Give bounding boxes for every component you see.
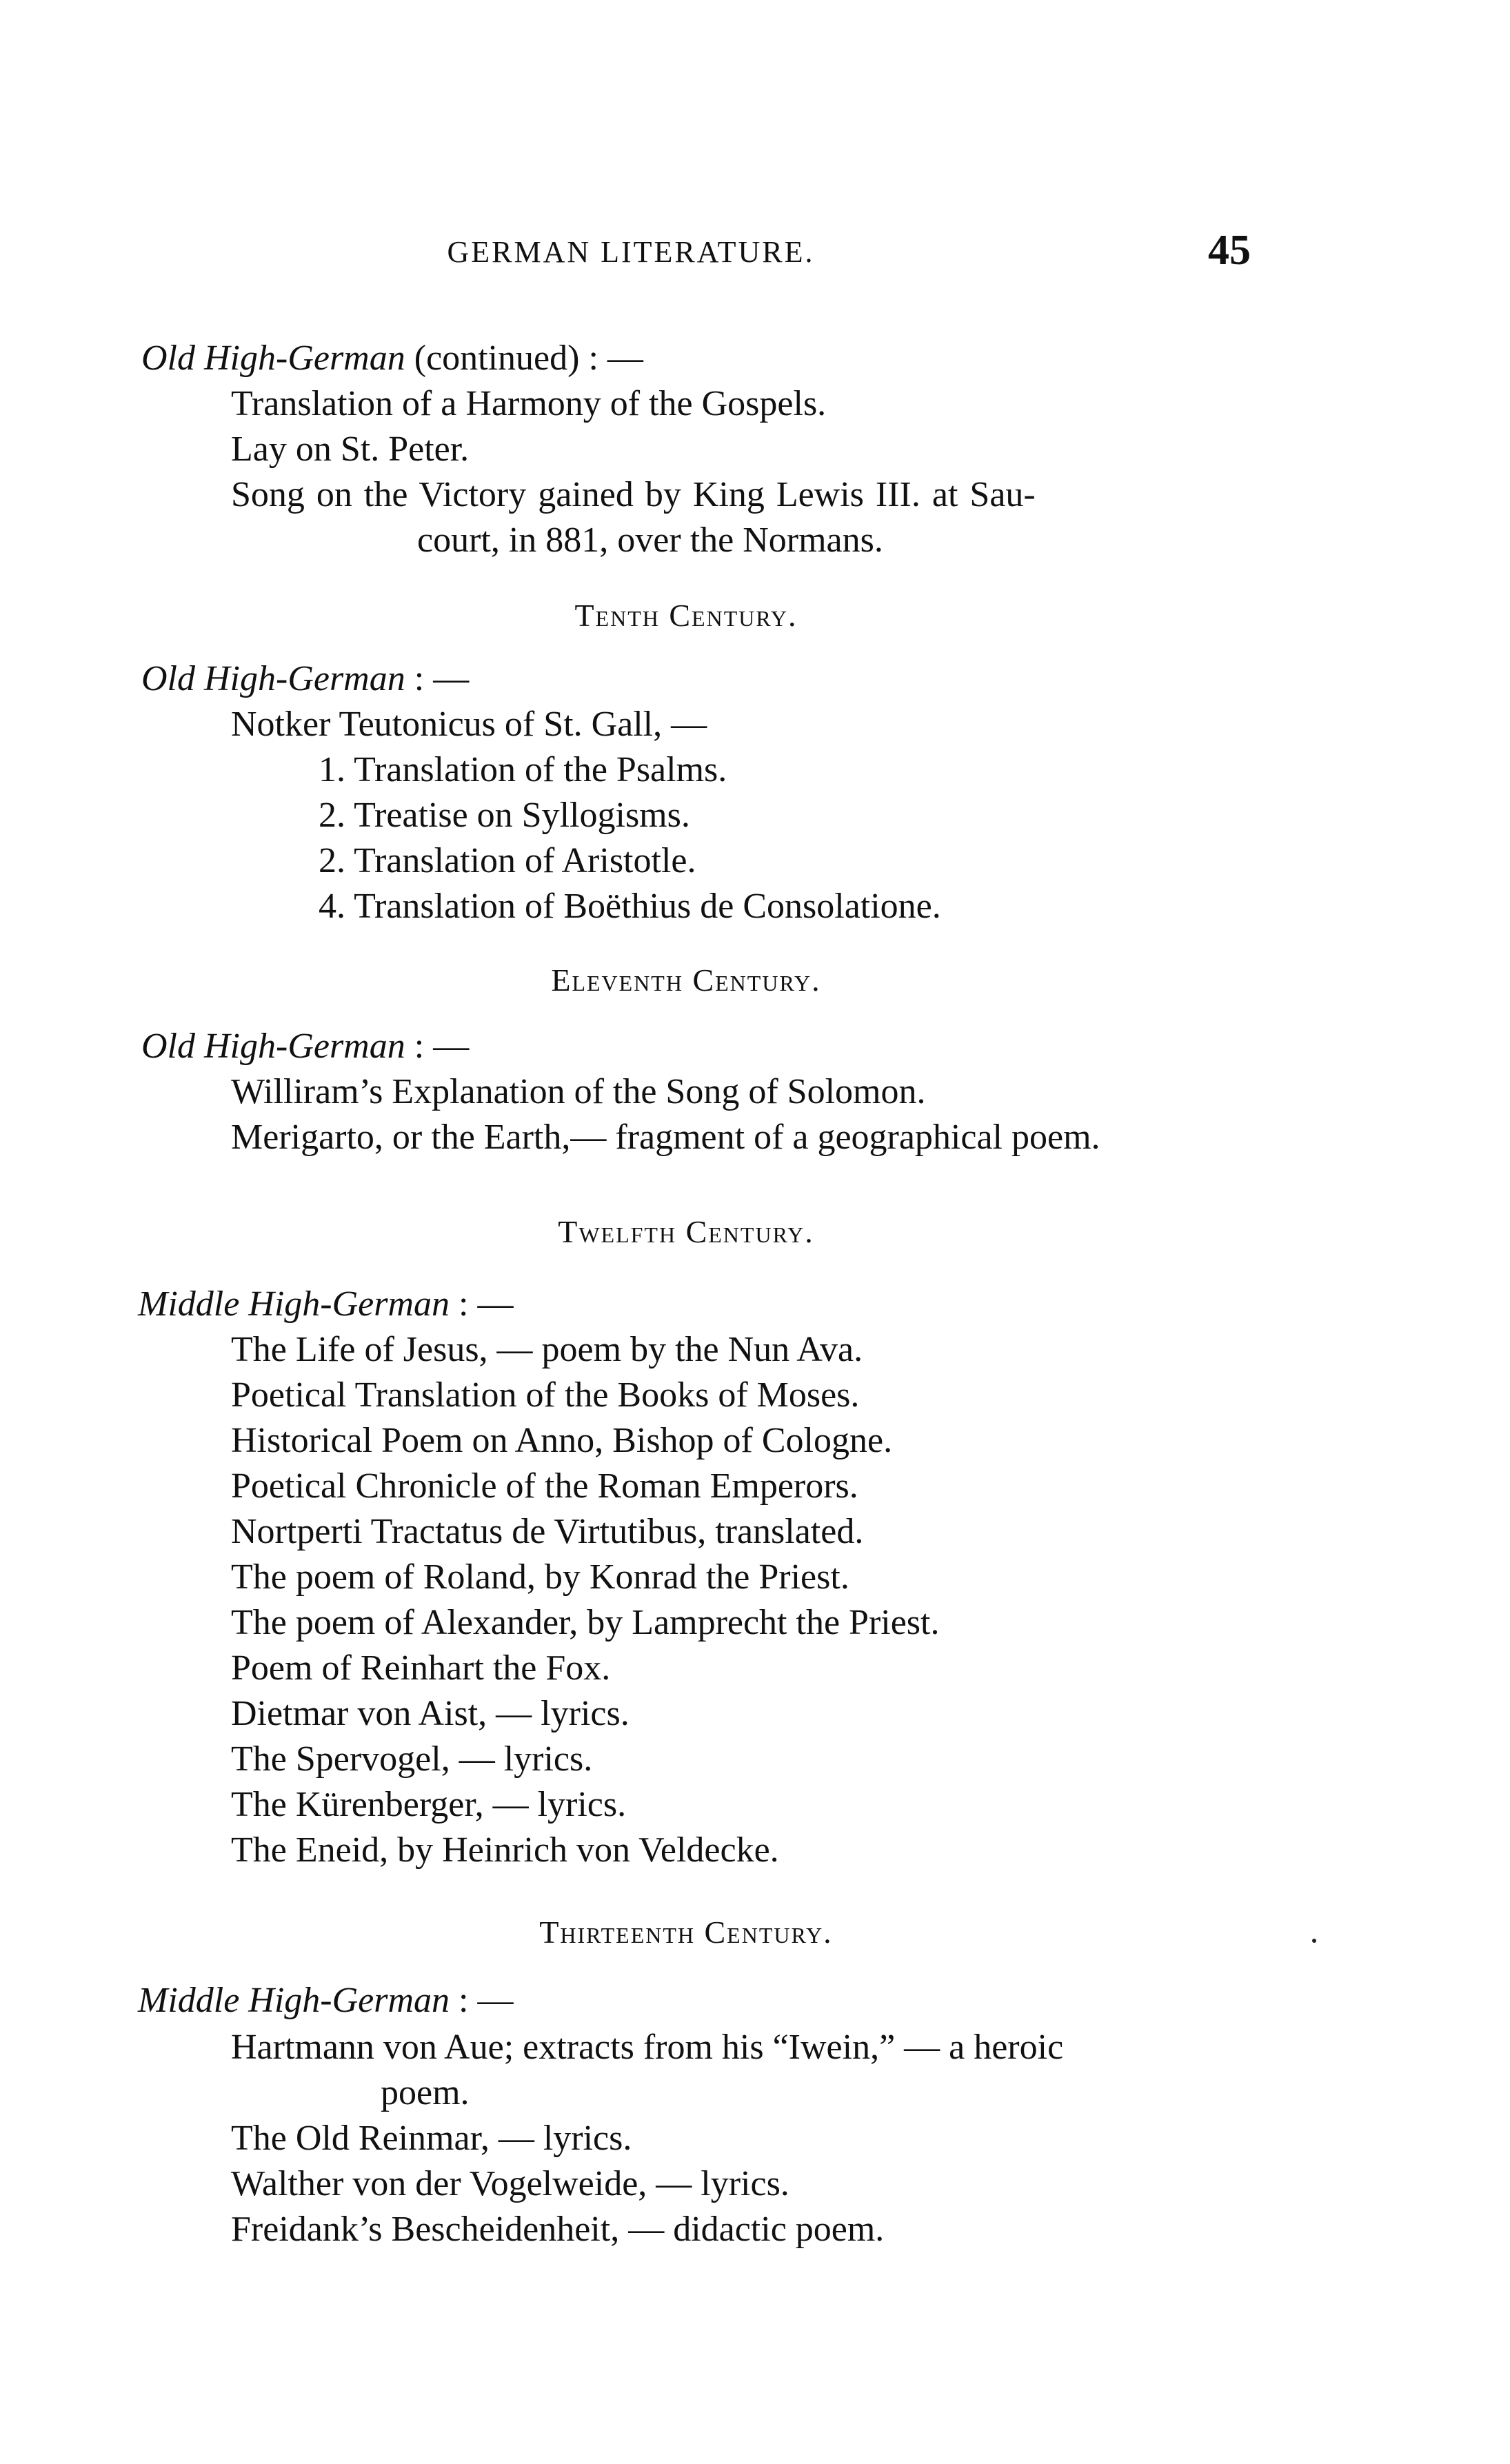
list-item: Walther von der Vogelweide, — lyrics. (231, 2163, 789, 2205)
item-text: Treatise on Syllogisms. (354, 796, 690, 835)
print-speck (1312, 1939, 1316, 1943)
list-item: The poem of Alexander, by Lamprecht the … (231, 1602, 939, 1644)
category-suffix: : — (405, 1027, 469, 1066)
item-text: Translation of Aristotle. (354, 841, 696, 880)
list-item: Nortperti Tractatus de Virtutibus, trans… (231, 1511, 863, 1553)
category-label: Old High-German : — (141, 1026, 469, 1067)
century-heading: Eleventh Century. (0, 962, 1372, 998)
list-item: The Old Reinmar, — lyrics. (231, 2118, 632, 2159)
list-item: The poem of Roland, by Konrad the Priest… (231, 1557, 849, 1598)
numbered-item: 2. Treatise on Syllogisms. (319, 795, 690, 836)
list-item: Dietmar von Aist, — lyrics. (231, 1693, 630, 1735)
numbered-item: 2. Translation of Aristotle. (319, 840, 696, 882)
category-suffix: (continued) : — (405, 339, 643, 378)
item-text: Translation of the Psalms. (354, 750, 727, 789)
list-item: The Life of Jesus, — poem by the Nun Ava… (231, 1329, 863, 1371)
item-number: 2. (319, 841, 345, 880)
category-name: Middle High-German (138, 1284, 450, 1324)
list-item: Williram’s Explanation of the Song of So… (231, 1071, 925, 1113)
category-suffix: : — (405, 659, 469, 698)
century-heading: Tenth Century. (0, 597, 1372, 634)
list-item: Song on the Victory gained by King Lewis… (231, 474, 1036, 516)
list-item: Poetical Chronicle of the Roman Emperors… (231, 1466, 858, 1507)
item-number: 1. (319, 750, 345, 789)
list-item: The Spervogel, — lyrics. (231, 1739, 592, 1780)
century-heading: Thirteenth Century. (0, 1914, 1372, 1950)
item-number: 2. (319, 796, 345, 835)
category-name: Old High-German (141, 659, 405, 698)
item-text: Translation of Boëthius de Consolatione. (354, 887, 941, 926)
century-heading: Twelfth Century. (0, 1213, 1372, 1250)
list-item: The Eneid, by Heinrich von Veldecke. (231, 1830, 779, 1871)
category-label: Old High-German (continued) : — (141, 338, 643, 379)
page-number: 45 (1208, 226, 1251, 275)
list-item: Lay on St. Peter. (231, 429, 469, 470)
numbered-item: 1. Translation of the Psalms. (319, 749, 727, 791)
list-item-continuation: court, in 881, over the Normans. (417, 520, 883, 561)
numbered-item: 4. Translation of Boëthius de Consolatio… (319, 886, 941, 927)
list-item: Freidank’s Bescheidenheit, — didactic po… (231, 2209, 884, 2250)
category-label: Middle High-German : — (138, 1980, 513, 2021)
list-item: Notker Teutonicus of St. Gall, — (231, 704, 707, 745)
category-label: Middle High-German : — (138, 1284, 513, 1325)
category-name: Old High-German (141, 339, 405, 378)
list-item: The Kürenberger, — lyrics. (231, 1784, 626, 1826)
list-item: Poetical Translation of the Books of Mos… (231, 1375, 859, 1416)
list-item: Historical Poem on Anno, Bishop of Colog… (231, 1420, 892, 1462)
list-item: Hartmann von Aue; extracts from his “Iwe… (231, 2027, 1063, 2068)
category-name: Old High-German (141, 1027, 405, 1066)
list-item: Translation of a Harmony of the Gospels. (231, 383, 826, 425)
category-suffix: : — (450, 1981, 513, 2020)
category-suffix: : — (450, 1284, 513, 1324)
item-number: 4. (319, 887, 345, 926)
list-item: Poem of Reinhart the Fox. (231, 1648, 610, 1689)
list-item: Merigarto, or the Earth,— fragment of a … (231, 1117, 1100, 1158)
list-item-continuation: poem. (381, 2072, 470, 2114)
running-title: GERMAN LITERATURE. (0, 234, 1262, 270)
category-label: Old High-German : — (141, 658, 469, 700)
category-name: Middle High-German (138, 1981, 450, 2020)
